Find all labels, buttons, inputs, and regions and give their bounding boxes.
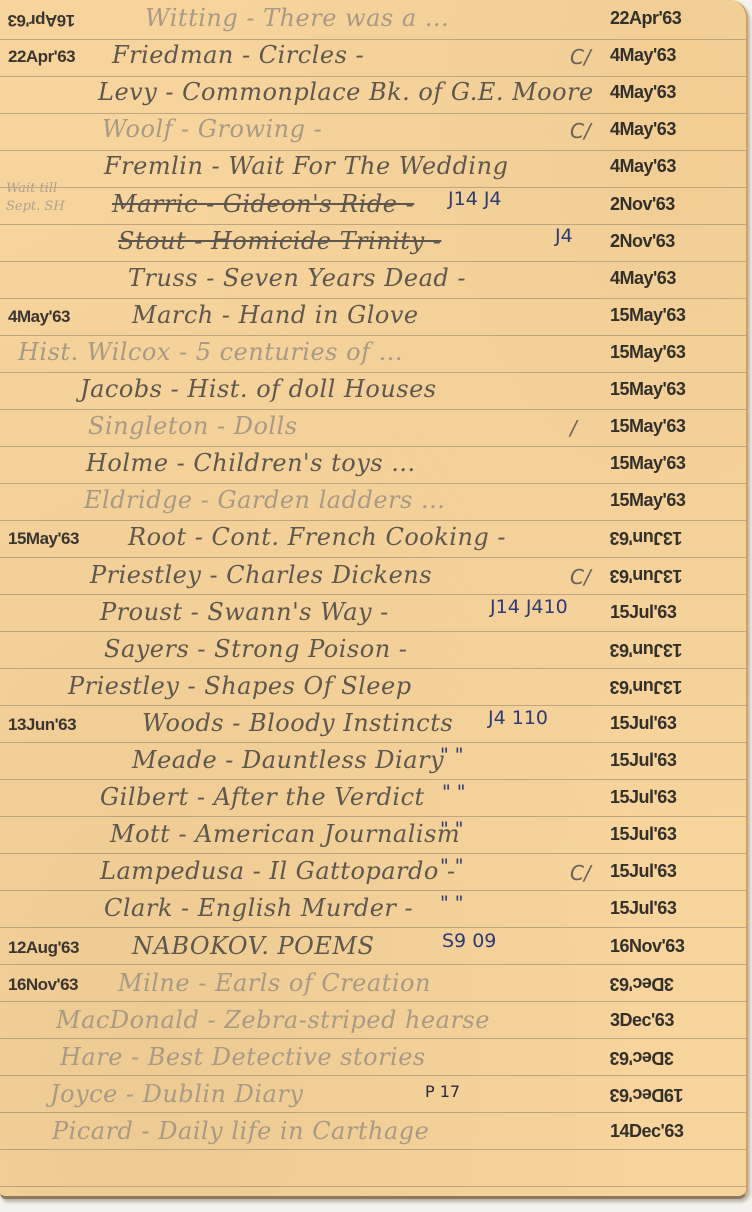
date-stamp-right: 3Dec'63 <box>610 1010 674 1031</box>
handwritten-entry: Root - Cont. French Cooking - <box>128 523 506 551</box>
list-item: Proust - Swann's Way - J14 J410 15Jul'63 <box>0 596 746 633</box>
list-item: Priestley - Shapes Of Sleep 13Jun'63 <box>0 670 746 707</box>
handwritten-entry: MacDonald - Zebra-striped hearse <box>56 1006 490 1034</box>
date-stamp-right: 13Jun'63 <box>610 676 682 697</box>
handwritten-entry: Picard - Daily life in Carthage <box>52 1117 429 1145</box>
list-item: 22Apr'63 Friedman - Circles - C/ 4May'63 <box>0 39 746 76</box>
handwritten-entry: Witting - There was a ... <box>145 4 449 32</box>
handwritten-entry: Gilbert - After the Verdict <box>100 783 425 811</box>
list-item: Gilbert - After the Verdict " " 15Jul'63 <box>0 781 746 818</box>
date-stamp-right: 15Jul'63 <box>610 750 676 771</box>
date-stamp-right: 2Nov'63 <box>610 194 675 215</box>
date-stamp-right: 4May'63 <box>610 45 676 66</box>
blue-pencil-code: J4 110 <box>488 707 548 729</box>
date-stamp-right: 15Jul'63 <box>610 824 676 845</box>
handwritten-entry: Marric - Gideon's Ride - <box>112 190 414 218</box>
list-item: Meade - Dauntless Diary " " 15Jul'63 <box>0 744 746 781</box>
date-stamp-right: 15Jul'63 <box>610 898 676 919</box>
blue-pencil-code: " " <box>440 892 464 914</box>
library-record-card: 16Apr'63 Witting - There was a ... 22Apr… <box>0 0 748 1199</box>
date-stamp-right: 15May'63 <box>610 342 685 363</box>
date-stamp-right: 4May'63 <box>610 156 676 177</box>
date-stamp-right: 4May'63 <box>610 268 676 289</box>
handwritten-entry: Eldridge - Garden ladders ... <box>84 486 445 514</box>
date-stamp-right: 13Jun'63 <box>610 565 682 586</box>
date-stamp-left: 4May'63 <box>8 307 70 327</box>
handwritten-entry: March - Hand in Glove <box>132 301 419 329</box>
list-item: Lampedusa - Il Gattopardo - C/ " " 15Jul… <box>0 855 746 892</box>
handwritten-entry: Singleton - Dolls <box>88 412 298 440</box>
date-stamp-right: 15May'63 <box>610 453 685 474</box>
blue-pencil-code: " " <box>440 818 464 840</box>
list-item: 13Jun'63 Woods - Bloody Instincts J4 110… <box>0 707 746 744</box>
date-stamp-right: 4May'63 <box>610 82 676 103</box>
pencil-mark: / <box>570 416 577 440</box>
date-stamp-left: 22Apr'63 <box>8 47 75 67</box>
pencil-mark: C/ <box>570 119 591 143</box>
date-stamp-right: 16Nov'63 <box>610 936 684 957</box>
list-item: Sayers - Strong Poison - 13Jun'63 <box>0 633 746 670</box>
date-stamp-left: 12Aug'63 <box>8 938 79 958</box>
handwritten-entry: Lampedusa - Il Gattopardo - <box>100 857 456 885</box>
handwritten-entry: Woolf - Growing - <box>102 115 322 143</box>
date-stamp-right: 19Dec'63 <box>610 1084 683 1105</box>
handwritten-entry: Meade - Dauntless Diary <box>132 746 444 774</box>
date-stamp-right: 14Dec'63 <box>610 1121 683 1142</box>
bottom-note: P 17 <box>425 1082 460 1101</box>
date-stamp-right: 2Nov'63 <box>610 231 675 252</box>
list-item: Marric - Gideon's Ride - J14 J4 2Nov'63 <box>0 188 746 225</box>
list-item: Hist. Wilcox - 5 centuries of ... 15May'… <box>0 336 746 373</box>
handwritten-entry: Hist. Wilcox - 5 centuries of ... <box>18 338 403 366</box>
list-item: 16Apr'63 Witting - There was a ... 22Apr… <box>0 2 746 39</box>
blue-pencil-code: J4 <box>555 225 573 247</box>
list-item: Woolf - Growing - C/ 4May'63 <box>0 113 746 150</box>
blue-pencil-code: " " <box>440 855 464 877</box>
date-stamp-left: 13Jun'63 <box>8 715 76 735</box>
date-stamp-right: 15May'63 <box>610 416 685 437</box>
list-item: Fremlin - Wait For The Wedding 4May'63 <box>0 150 746 187</box>
handwritten-entry: Fremlin - Wait For The Wedding <box>104 152 508 180</box>
handwritten-entry: Sayers - Strong Poison - <box>104 635 407 663</box>
pencil-mark: C/ <box>570 45 591 69</box>
list-item: Joyce - Dublin Diary 19Dec'63 <box>0 1078 746 1115</box>
handwritten-entry: Proust - Swann's Way - <box>100 598 389 626</box>
handwritten-entry: Priestley - Charles Dickens <box>90 561 432 589</box>
blue-pencil-code: " " <box>440 744 464 766</box>
list-item: Singleton - Dolls / 15May'63 <box>0 410 746 447</box>
list-item: Clark - English Murder - " " 15Jul'63 <box>0 892 746 929</box>
date-stamp-right: 3Dec'63 <box>610 973 674 994</box>
list-item: 15May'63 Root - Cont. French Cooking - 1… <box>0 521 746 558</box>
date-stamp-right: 15May'63 <box>610 379 685 400</box>
date-stamp-right: 13Jun'63 <box>610 527 682 548</box>
handwritten-entry: Friedman - Circles - <box>112 41 364 69</box>
handwritten-entry: Holme - Children's toys ... <box>86 449 416 477</box>
date-stamp-right: 15May'63 <box>610 490 685 511</box>
date-stamp-right: 22Apr'63 <box>610 8 681 29</box>
handwritten-entry: Levy - Commonplace Bk. of G.E. Moore <box>98 78 594 106</box>
date-stamp-left: 16Nov'63 <box>8 975 78 995</box>
pencil-mark: C/ <box>570 565 591 589</box>
date-stamp-left: 16Apr'63 <box>8 10 75 30</box>
list-item: 12Aug'63 NABOKOV. POEMS S9 09 16Nov'63 <box>0 930 746 967</box>
date-stamp-right: 15Jul'63 <box>610 602 676 623</box>
handwritten-entry: Hare - Best Detective stories <box>60 1043 426 1071</box>
list-item: Hare - Best Detective stories 3Dec'63 <box>0 1041 746 1078</box>
date-stamp-right: 3Dec'63 <box>610 1047 674 1068</box>
handwritten-entry: Mott - American Journalism <box>110 820 460 848</box>
date-stamp-right: 15May'63 <box>610 305 685 326</box>
list-item: Holme - Children's toys ... 15May'63 <box>0 447 746 484</box>
date-stamp-right: 13Jun'63 <box>610 639 682 660</box>
handwritten-entry: Clark - English Murder - <box>104 894 413 922</box>
list-item: Picard - Daily life in Carthage 14Dec'63 <box>0 1115 746 1152</box>
handwritten-entry: NABOKOV. POEMS <box>132 932 374 960</box>
list-item: Truss - Seven Years Dead - 4May'63 <box>0 262 746 299</box>
list-item: 16Nov'63 Milne - Earls of Creation 3Dec'… <box>0 967 746 1004</box>
handwritten-entry: Truss - Seven Years Dead - <box>128 264 466 292</box>
blue-pencil-code: " " <box>442 781 466 803</box>
blue-pencil-code: S9 09 <box>442 930 496 952</box>
handwritten-entry: Joyce - Dublin Diary <box>50 1080 303 1108</box>
list-item: Eldridge - Garden ladders ... 15May'63 <box>0 484 746 521</box>
list-item: Mott - American Journalism " " 15Jul'63 <box>0 818 746 855</box>
date-stamp-right: 15Jul'63 <box>610 787 676 808</box>
list-item: 4May'63 March - Hand in Glove 15May'63 <box>0 299 746 336</box>
handwritten-entry: Priestley - Shapes Of Sleep <box>68 672 412 700</box>
list-item: Levy - Commonplace Bk. of G.E. Moore 4Ma… <box>0 76 746 113</box>
margin-note: Wait till Sept. SH <box>6 180 66 216</box>
handwritten-entry: Jacobs - Hist. of doll Houses <box>80 375 437 403</box>
list-item: Priestley - Charles Dickens C/ 13Jun'63 <box>0 559 746 596</box>
date-stamp-left: 15May'63 <box>8 529 79 549</box>
handwritten-entry: Woods - Bloody Instincts <box>142 709 453 737</box>
list-item: Stout - Homicide Trinity - J4 2Nov'63 <box>0 225 746 262</box>
date-stamp-right: 15Jul'63 <box>610 713 676 734</box>
pencil-mark: C/ <box>570 861 591 885</box>
date-stamp-right: 4May'63 <box>610 119 676 140</box>
blue-pencil-code: J14 J4 <box>448 188 502 210</box>
handwritten-entry: Milne - Earls of Creation <box>118 969 431 997</box>
date-stamp-right: 15Jul'63 <box>610 861 676 882</box>
list-item: Jacobs - Hist. of doll Houses 15May'63 <box>0 373 746 410</box>
list-item: MacDonald - Zebra-striped hearse 3Dec'63 <box>0 1004 746 1041</box>
blue-pencil-code: J14 J410 <box>490 596 568 618</box>
handwritten-entry: Stout - Homicide Trinity - <box>118 227 441 255</box>
